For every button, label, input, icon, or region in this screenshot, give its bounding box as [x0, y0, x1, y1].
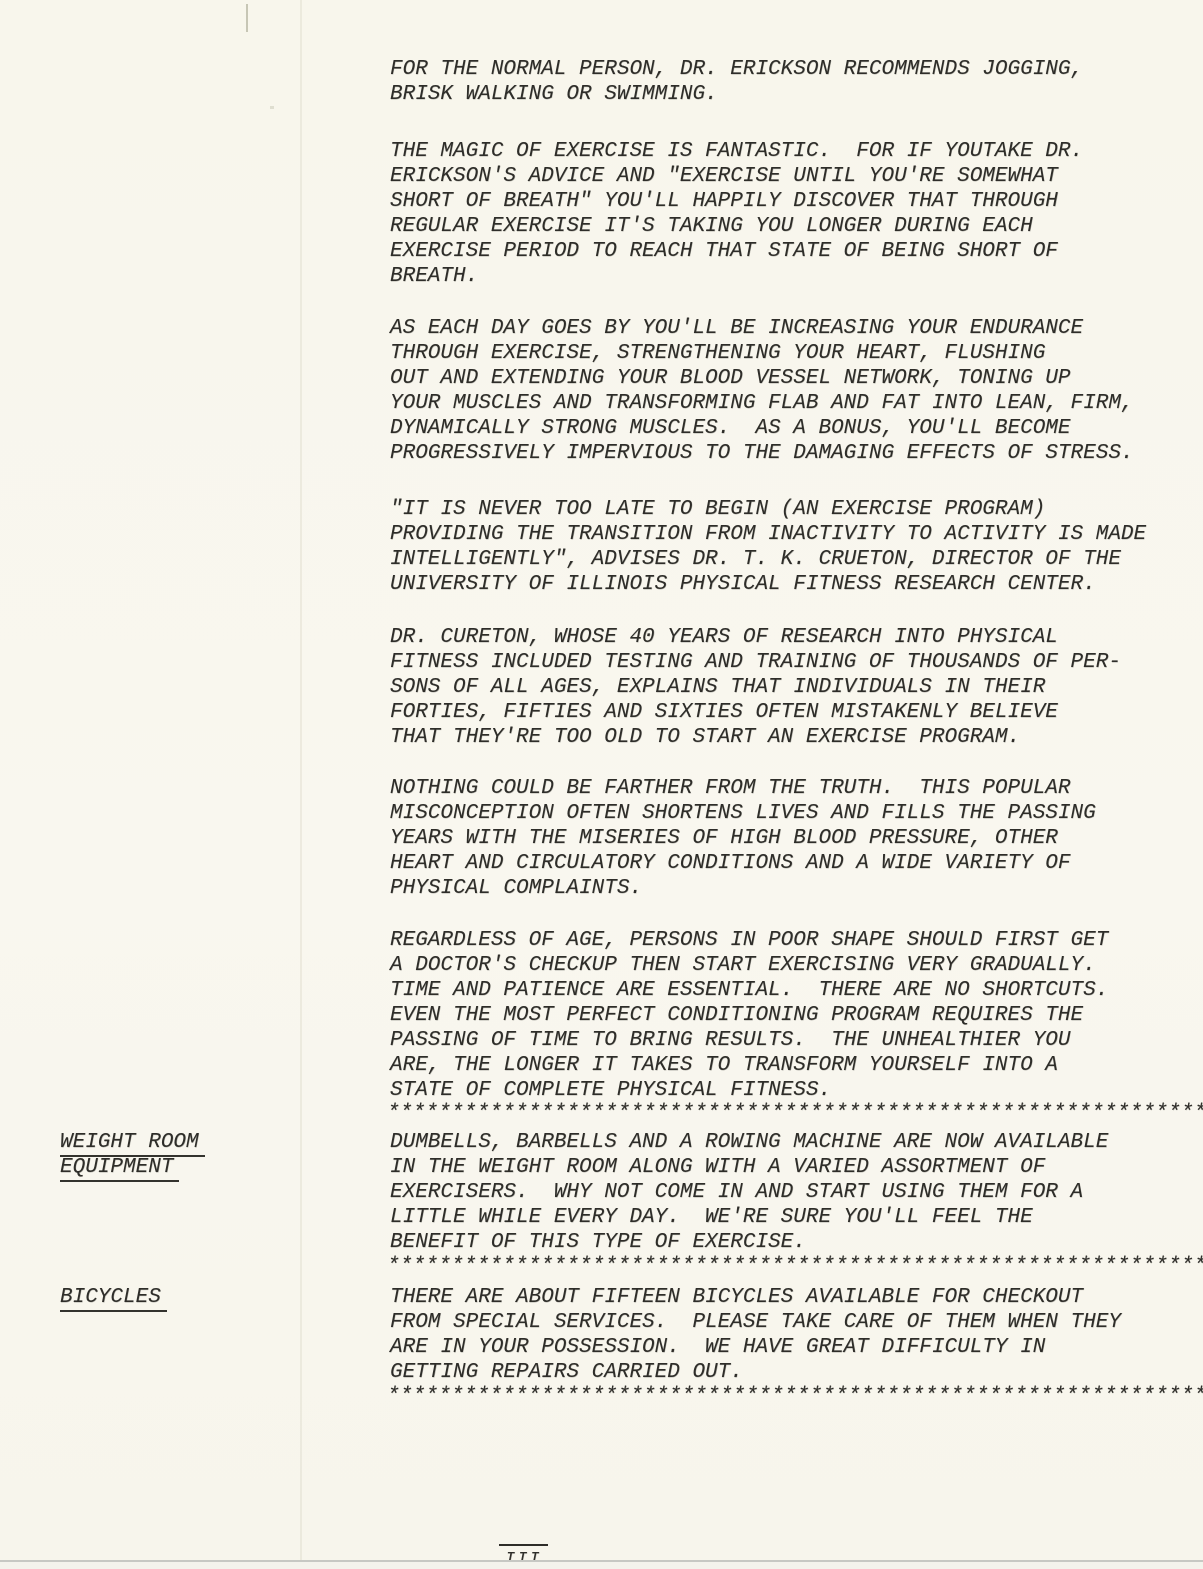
paragraph-each-day-endurance: AS EACH DAY GOES BY YOU'LL BE INCREASING…	[390, 316, 1203, 466]
paragraph-magic-of-exercise: THE MAGIC OF EXERCISE IS FANTASTIC. FOR …	[390, 139, 1203, 289]
paper-speck	[270, 106, 274, 109]
paragraph-popular-misconception: NOTHING COULD BE FARTHER FROM THE TRUTH.…	[390, 776, 1203, 901]
section-label-bicycles: BICYCLES	[60, 1285, 360, 1310]
paragraph-jogging-recommendation: FOR THE NORMAL PERSON, DR. ERICKSON RECO…	[390, 57, 1203, 107]
paragraph-regardless-of-age: REGARDLESS OF AGE, PERSONS IN POOR SHAPE…	[390, 928, 1203, 1103]
scan-edge-margin	[0, 1562, 1203, 1569]
paragraph-never-too-late-quote: "IT IS NEVER TOO LATE TO BEGIN (AN EXERC…	[390, 497, 1203, 597]
label-line: EQUIPMENT	[60, 1155, 360, 1180]
separator-asterisks: ****************************************…	[387, 1101, 1203, 1126]
paragraph-weight-room-equipment: DUMBELLS, BARBELLS AND A ROWING MACHINE …	[390, 1130, 1203, 1255]
paper-speck	[246, 4, 248, 32]
section-label-weight-room-equipment: WEIGHT ROOM EQUIPMENT	[60, 1130, 360, 1180]
separator-asterisks: ****************************************…	[387, 1254, 1203, 1279]
paragraph-dr-cureton-research: DR. CURETON, WHOSE 40 YEARS OF RESEARCH …	[390, 625, 1203, 750]
scanned-document-page: FOR THE NORMAL PERSON, DR. ERICKSON RECO…	[0, 0, 1203, 1569]
paper-crease	[300, 0, 302, 1569]
separator-asterisks: ****************************************…	[387, 1384, 1203, 1409]
paragraph-bicycles: THERE ARE ABOUT FIFTEEN BICYCLES AVAILAB…	[390, 1285, 1203, 1385]
label-line: BICYCLES	[60, 1285, 360, 1310]
label-line: WEIGHT ROOM	[60, 1130, 360, 1155]
